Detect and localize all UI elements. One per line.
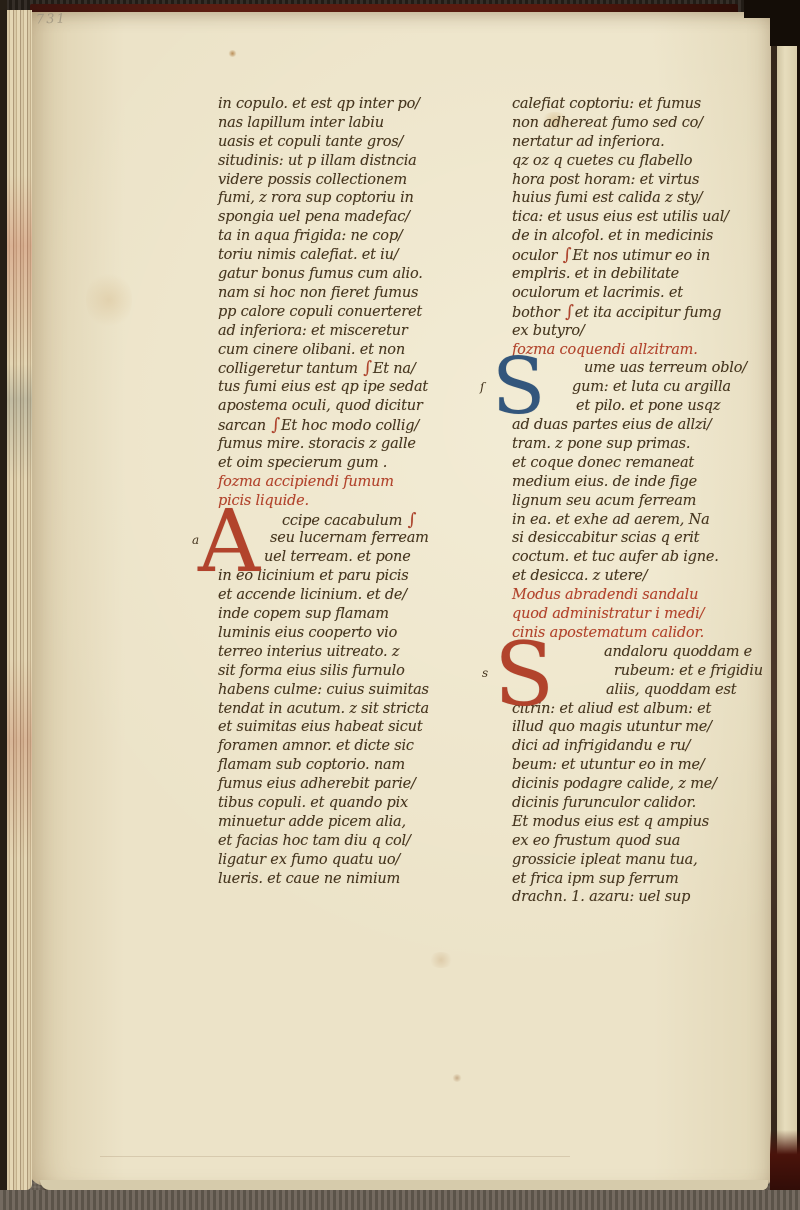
guide-letter: a xyxy=(192,533,199,547)
illuminated-initial-S: S xyxy=(492,348,545,426)
illuminated-initial-S: S xyxy=(494,631,554,719)
manuscript-text-line: sarcan ∫Et hoc modo collig/ xyxy=(218,416,436,435)
manuscript-text-line: grossicie ipleat manu tua, xyxy=(512,851,774,870)
manuscript-text-line: inde copem sup flamam xyxy=(218,605,436,624)
manuscript-text-line: ligatur ex fumo quatu uo/ xyxy=(218,851,436,870)
manuscript-text-line: nertatur ad inferiora. xyxy=(512,133,774,152)
manuscript-text-line: fumus eius adherebit parie/ xyxy=(218,775,436,794)
manuscript-photo: 731 in copulo. et est qp inter po/nas la… xyxy=(0,0,800,1210)
manuscript-text-line: tendat in acutum. z sit stricta xyxy=(218,700,436,719)
manuscript-text-line: oculor ∫Et nos utimur eo in xyxy=(512,246,774,265)
manuscript-text-line: toriu nimis calefiat. et iu/ xyxy=(218,246,436,265)
rubric-line: fozma accipiendi fumum xyxy=(218,473,436,492)
manuscript-text-line: et pilo. et pone usqz xyxy=(512,397,774,416)
manuscript-text-line: tibus copuli. et quando pix xyxy=(218,794,436,813)
manuscript-text-line: et suimitas eius habeat sicut xyxy=(218,718,436,737)
manuscript-text-line: ex eo frustum quod sua xyxy=(512,832,774,851)
manuscript-text-line: colligeretur tantum ∫Et na/ xyxy=(218,359,436,378)
red-paraph-mark: ∫ xyxy=(362,358,373,378)
manuscript-text-line: Et modus eius est q ampius xyxy=(512,813,774,832)
manuscript-text-line: dicinis podagre calide, z me/ xyxy=(512,775,774,794)
manuscript-text-line: si desiccabitur scias q erit xyxy=(512,529,774,548)
manuscript-text-line: ta in aqua frigida: ne cop/ xyxy=(218,227,436,246)
red-paraph-mark: ∫ xyxy=(562,245,573,265)
manuscript-text-line: gum: et luta cu argilla xyxy=(512,378,774,397)
manuscript-text-line: ad inferiora: et misceretur xyxy=(218,322,436,341)
manuscript-text-line: situdinis: ut p illam distncia xyxy=(218,152,436,171)
manuscript-text-line: coctum. et tuc aufer ab igne. xyxy=(512,548,774,567)
text-column-right: calefiat coptoriu: et fumusnon adhereat … xyxy=(512,95,774,907)
manuscript-text-line: calefiat coptoriu: et fumus xyxy=(512,95,774,114)
manuscript-text-line: in ea. et exhe ad aerem, Na xyxy=(512,511,774,530)
manuscript-text-line: nam si hoc non fieret fumus xyxy=(218,284,436,303)
manuscript-text-line: habens culme: cuius suimitas xyxy=(218,681,436,700)
backing-cloth-bottom xyxy=(0,1190,800,1210)
manuscript-text-line: et facias hoc tam diu q col/ xyxy=(218,832,436,851)
manuscript-text-line: ex butyro/ xyxy=(512,322,774,341)
manuscript-text-line: hora post horam: et virtus xyxy=(512,171,774,190)
manuscript-text-line: emplris. et in debilitate xyxy=(512,265,774,284)
manuscript-text-line: oculorum et lacrimis. et xyxy=(512,284,774,303)
manuscript-text-line: qz oz q cuetes cu flabello xyxy=(512,152,774,171)
manuscript-text-line: tica: et usus eius est utilis ual/ xyxy=(512,208,774,227)
illuminated-initial-A: A xyxy=(198,499,260,585)
manuscript-text-line: et desicca. z utere/ xyxy=(512,567,774,586)
manuscript-text-line: ad duas partes eius de allzi/ xyxy=(512,416,774,435)
manuscript-text-line: medium eius. de inde fige xyxy=(512,473,774,492)
manuscript-text-line: bothor ∫et ita accipitur fumg xyxy=(512,303,774,322)
manuscript-text-line: beum: et utuntur eo in me/ xyxy=(512,756,774,775)
left-binding-shadow xyxy=(0,0,7,1210)
manuscript-text-line: pp calore copuli conuerteret xyxy=(218,303,436,322)
manuscript-text-line: sit forma eius silis furnulo xyxy=(218,662,436,681)
manuscript-text-line: tus fumi eius est qp ipe sedat xyxy=(218,378,436,397)
manuscript-text-line: gatur bonus fumus cum alio. xyxy=(218,265,436,284)
manuscript-text-line: luminis eius cooperto vio xyxy=(218,624,436,643)
manuscript-text-line: flamam sub coptorio. nam xyxy=(218,756,436,775)
manuscript-text-line: et coque donec remaneat xyxy=(512,454,774,473)
manuscript-text-line: lignum seu acum ferream xyxy=(512,492,774,511)
folio-number-pencil: 731 xyxy=(36,11,67,27)
manuscript-text-line: in copulo. et est qp inter po/ xyxy=(218,95,436,114)
red-paraph-mark: ∫ xyxy=(564,302,575,322)
rubric-line: Modus abradendi sandalu xyxy=(512,586,774,605)
manuscript-text-line: tram. z pone sup primas. xyxy=(512,435,774,454)
manuscript-text-line: fumus mire. storacis z galle xyxy=(218,435,436,454)
manuscript-text-line: minuetur adde picem alia, xyxy=(218,813,436,832)
manuscript-text-line: foramen amnor. et dicte sic xyxy=(218,737,436,756)
rubric-line: fozma coquendi allzitram. xyxy=(512,341,774,360)
manuscript-text-line: dicinis furunculor calidor. xyxy=(512,794,774,813)
manuscript-text-line: drachn. 1. azaru: uel sup xyxy=(512,888,774,907)
top-right-corner-shadow xyxy=(770,0,800,46)
manuscript-text-line: cum cinere olibani. et non xyxy=(218,341,436,360)
red-paraph-mark: ∫ xyxy=(270,415,281,435)
manuscript-text-line: de in alcofol. et in medicinis xyxy=(512,227,774,246)
red-paraph-mark: ∫ xyxy=(407,510,418,530)
manuscript-text-line: et frica ipm sup ferrum xyxy=(512,870,774,889)
underlying-page-edge xyxy=(40,1180,768,1190)
manuscript-text-line: videre possis collectionem xyxy=(218,171,436,190)
facing-page-edge xyxy=(777,16,797,1174)
faint-scratch-line xyxy=(100,1156,570,1157)
manuscript-text-line: fumi, z rora sup coptoriu in xyxy=(218,189,436,208)
manuscript-text-line: dici ad infrigidandu e ru/ xyxy=(512,737,774,756)
text-column-left: in copulo. et est qp inter po/nas lapill… xyxy=(218,95,436,888)
manuscript-text-line: nas lapillum inter labiu xyxy=(218,114,436,133)
manuscript-text-line: ume uas terreum oblo/ xyxy=(512,359,774,378)
manuscript-text-line: huius fumi est calida z sty/ xyxy=(512,189,774,208)
manuscript-text-line: terreo interius uitreato. z xyxy=(218,643,436,662)
rubric-line: quod administratur i medi/ xyxy=(512,605,774,624)
manuscript-text-line: uasis et copuli tante gros/ xyxy=(218,133,436,152)
manuscript-text-line: non adhereat fumo sed co/ xyxy=(512,114,774,133)
manuscript-text-line: lueris. et caue ne nimium xyxy=(218,870,436,889)
guide-letter: s xyxy=(482,666,488,680)
manuscript-text-line: et oim specierum gum . xyxy=(218,454,436,473)
guide-letter: ſ xyxy=(480,380,484,394)
manuscript-text-line: apostema oculi, quod dicitur xyxy=(218,397,436,416)
manuscript-text-line: spongia uel pena madefac/ xyxy=(218,208,436,227)
